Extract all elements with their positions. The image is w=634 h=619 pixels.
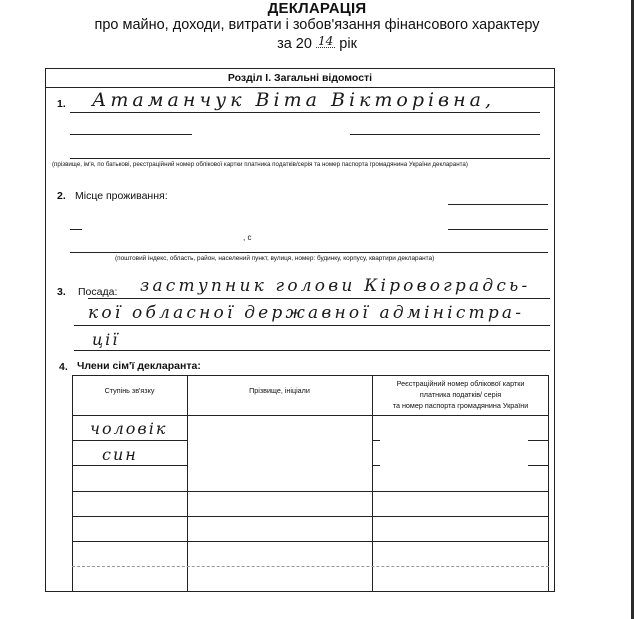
position-line-3[interactable]: ції — [92, 330, 119, 349]
item3-number: 3. — [57, 286, 66, 298]
declarant-name-field[interactable]: Атаманчук Віта Вікторівна, — [92, 89, 495, 111]
document-subtitle: про майно, доходи, витрати і зобов'язанн… — [0, 17, 634, 33]
item1-line-3 — [70, 158, 550, 159]
item1-line-2b — [350, 134, 540, 135]
item1-line-2a — [70, 134, 192, 135]
col-header-id-line-1: Реєстраційний номер облікової картки — [372, 378, 549, 389]
item1-line — [70, 112, 540, 113]
item2-caption: (поштовий індекс, область, район, населе… — [115, 255, 434, 262]
item2-address-mark[interactable]: , с — [243, 233, 251, 242]
item3-line-3 — [74, 350, 550, 351]
row-line — [72, 541, 549, 542]
item2-number: 2. — [57, 190, 66, 202]
col-header-id-line-3: та номер паспорта громадянина України — [372, 400, 549, 411]
table-row-relation[interactable]: чоловік — [90, 419, 167, 438]
report-year-line: за 20 14 рік — [0, 35, 634, 52]
item1-caption: (прізвище, ім'я, по батькові, реєстрацій… — [52, 161, 468, 168]
row-line-stub — [528, 465, 549, 466]
item3-label: Посада: — [78, 286, 117, 298]
year-prefix: за 20 — [277, 36, 312, 52]
table-row-relation[interactable]: син — [102, 445, 138, 464]
col-header-id-line-2: платника податків/ серія — [372, 389, 549, 400]
row-line — [72, 465, 187, 466]
col-header-id: Реєстраційний номер облікової картки пла… — [372, 378, 549, 411]
row-line — [72, 566, 549, 567]
row-line-stub — [528, 440, 549, 441]
year-suffix: рік — [339, 36, 357, 52]
position-line-1[interactable]: заступник голови Кіровоградсь- — [140, 276, 530, 296]
item4-number: 4. — [59, 361, 68, 373]
row-line-stub — [372, 440, 380, 441]
position-line-2[interactable]: кої обласної державної адміністра- — [88, 303, 524, 323]
item3-line-2 — [74, 325, 550, 326]
year-handwritten-field[interactable]: 14 — [316, 35, 335, 48]
col-divider-1 — [187, 375, 188, 592]
row-line — [72, 491, 549, 492]
row-line — [72, 440, 187, 441]
item2-line-1 — [448, 204, 548, 205]
item4-label: Члени сім'ї декларанта: — [77, 360, 201, 372]
item1-number: 1. — [57, 98, 66, 110]
row-line — [72, 516, 549, 517]
col-header-name: Прізвище, ініціали — [187, 385, 372, 396]
table-header-bottom — [72, 415, 549, 416]
row-line-stub — [372, 465, 380, 466]
item3-line-1 — [88, 298, 550, 299]
document-title: ДЕКЛАРАЦІЯ — [0, 0, 634, 17]
section-title: Розділ І. Загальні відомості — [45, 68, 555, 88]
item2-label: Місце проживання: — [75, 190, 168, 202]
col-header-relation: Ступінь зв'язку — [72, 385, 187, 396]
item2-line-2a — [70, 229, 82, 230]
item2-line-3 — [70, 252, 548, 253]
item2-line-2b — [448, 229, 548, 230]
